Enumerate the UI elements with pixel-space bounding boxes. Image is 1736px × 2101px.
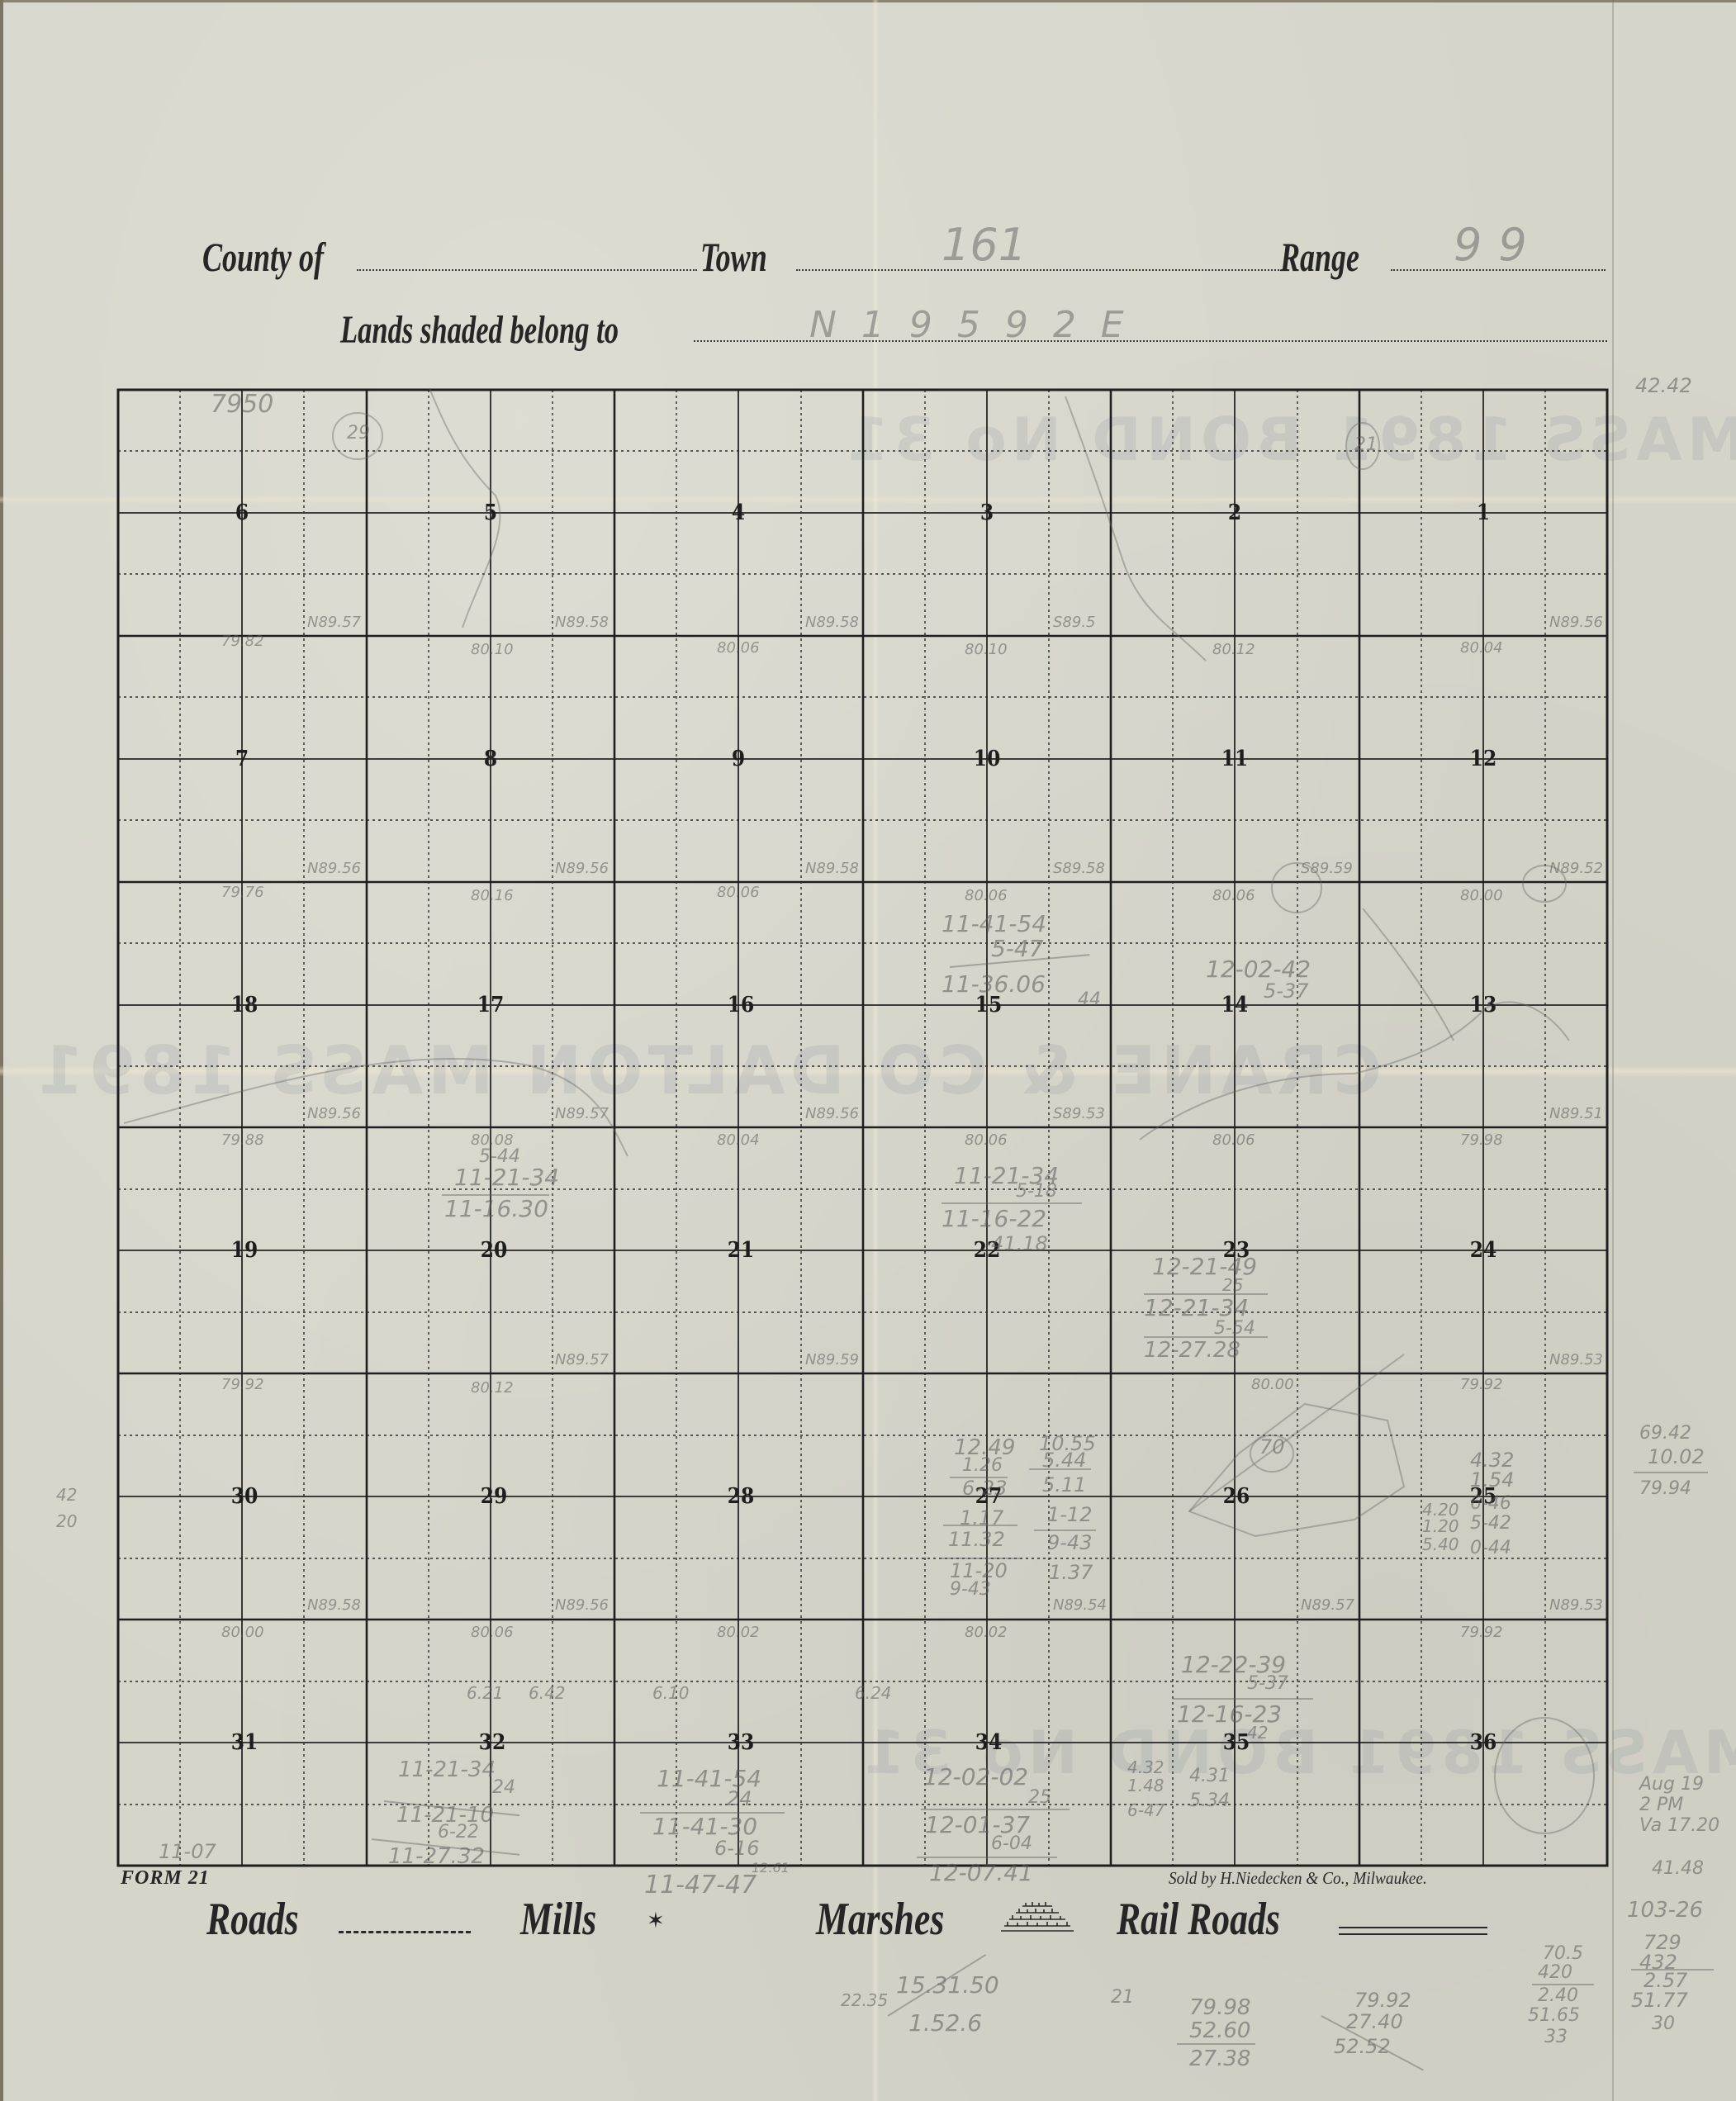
note-sec35: 4.32 [1127, 1759, 1164, 1776]
note-bottom-calc: 27.38 [1189, 2048, 1250, 2070]
note-distance: 80.06 [1212, 889, 1255, 903]
note-right-margin: 2 PM [1639, 1796, 1683, 1814]
section-number: 17 [477, 994, 505, 1016]
note-sec6-top: 7950 [211, 392, 273, 417]
note-bottom-calc: 51.65 [1528, 2007, 1580, 2025]
section-number: 14 [1221, 994, 1249, 1016]
note-distance: 79.82 [221, 634, 264, 649]
note-distance: 80.00 [1251, 1378, 1294, 1392]
pencil-sum-line [1029, 1468, 1091, 1470]
note-sec23: 25 [1222, 1277, 1243, 1293]
note-distance: 79.92 [1460, 1378, 1503, 1392]
section-number: 18 [231, 994, 259, 1016]
note-sec27: 5.11 [1042, 1475, 1086, 1495]
note-sec34: 6-04 [991, 1835, 1032, 1853]
note-sec14: 5-37 [1264, 981, 1308, 1001]
note-distance: 80.06 [1212, 1133, 1255, 1148]
note-bottom-calc: 27.40 [1346, 2012, 1403, 2032]
star-icon: ✶ [647, 1910, 665, 1932]
note-distance: 79.92 [1460, 1625, 1503, 1640]
legend-roads-symbol [339, 1931, 471, 1933]
note-sec23: 12-27.28 [1144, 1340, 1240, 1361]
note-distance: 80.00 [1460, 889, 1503, 903]
note-distance: 80.16 [471, 889, 514, 903]
note-bearing: S89.5 [1053, 615, 1096, 630]
note-sec27: 11-20 [950, 1561, 1008, 1581]
note-distance: 80.02 [965, 1625, 1008, 1640]
note-bottom-calc: 420 [1538, 1964, 1572, 1982]
section-number: 33 [728, 1732, 755, 1753]
note-distance: 80.04 [1460, 641, 1503, 656]
note-sec26: 70 [1259, 1437, 1285, 1457]
note-sec25: 4.20 [1422, 1501, 1459, 1518]
section-number: 35 [1223, 1732, 1250, 1753]
note-sec15: 11-41-54 [942, 913, 1046, 936]
note-sec34: 12-07.41 [929, 1861, 1033, 1885]
note-bearing: N89.56 [555, 1598, 609, 1613]
note-sec27: 5.44 [1042, 1450, 1086, 1470]
note-sec35: 42 [1247, 1724, 1268, 1741]
note-right-margin: 103-26 [1627, 1899, 1703, 1921]
note-left-margin: 20 [56, 1513, 77, 1530]
section-number: 16 [728, 994, 755, 1016]
note-sec27: 11.32 [948, 1530, 1005, 1549]
note-bearing: N89.56 [307, 861, 361, 876]
note-bearing: N89.58 [555, 615, 609, 630]
note-right-margin: 41.48 [1652, 1860, 1704, 1878]
note-bearing: N89.56 [1549, 615, 1603, 630]
note-sec32: 11-21-34 [398, 1759, 496, 1781]
note-right-margin: 729 [1644, 1933, 1681, 1952]
note-bearing: N89.53 [1549, 1353, 1603, 1368]
note-sec22: 41.18 [991, 1234, 1048, 1254]
note-sec32: 6-22 [438, 1824, 479, 1842]
note-sec33: 6.24 [855, 1685, 892, 1701]
note-bearing: N89.57 [307, 615, 361, 630]
legend-railroads-symbol [1339, 1927, 1487, 1935]
form-number: FORM 21 [121, 1867, 210, 1890]
note-distance: 80.06 [965, 1133, 1008, 1148]
section-number: 10 [974, 748, 1001, 770]
note-bottom-calc: 70.5 [1543, 1945, 1583, 1963]
note-bearing: N89.56 [307, 1107, 361, 1122]
note-sec27: 1.37 [1049, 1563, 1093, 1582]
pencil-sum-line [1177, 2043, 1255, 2045]
note-bottom-calc: 52.52 [1334, 2037, 1391, 2056]
note-below-grid: 11-47-47 [644, 1873, 757, 1898]
pencil-sum-line [1634, 1472, 1708, 1473]
note-right-margin: Aug 19 [1639, 1776, 1704, 1794]
note-sec25: 6-46 [1470, 1495, 1511, 1513]
note-sec22: 11-16-22 [942, 1207, 1046, 1231]
section-number: 26 [1223, 1486, 1250, 1507]
note-right-margin-top: 42.42 [1635, 376, 1692, 396]
note-bearing: N89.53 [1549, 1598, 1603, 1613]
note-sec27: 9-43 [1047, 1533, 1092, 1553]
note-bottom-calc: 79.98 [1189, 1997, 1250, 2018]
section-number: 19 [231, 1240, 259, 1261]
note-bearing: N89.59 [805, 1353, 859, 1368]
note-distance: 80.10 [965, 643, 1008, 657]
note-distance: 79.88 [221, 1133, 264, 1148]
publisher-imprint: Sold by H.Niedecken & Co., Milwaukee. [1169, 1868, 1427, 1889]
note-sec15: 11-36.06 [942, 973, 1046, 996]
note-distance: 80.12 [471, 1381, 514, 1396]
note-bearing: N89.57 [555, 1107, 609, 1122]
note-right-margin: 30 [1652, 2015, 1675, 2033]
legend-marshes-label: Marshes [816, 1896, 944, 1942]
note-right-margin: 69.42 [1639, 1425, 1691, 1443]
note-sec25: 5-42 [1470, 1515, 1511, 1533]
legend-roads-label: Roads [206, 1896, 299, 1942]
township-grid [0, 0, 1736, 2101]
note-bottom-calc: 21 [1111, 1989, 1134, 2007]
note-distance: 80.12 [1212, 643, 1255, 657]
note-sec20: 11-21-34 [454, 1166, 559, 1189]
note-sec34: 25 [1028, 1789, 1051, 1807]
legend-mills-label: Mills [520, 1896, 596, 1942]
section-number: 13 [1470, 994, 1497, 1016]
note-sec33: 6-16 [714, 1838, 759, 1858]
note-sec32: 11-27.32 [388, 1846, 485, 1867]
section-number: 34 [975, 1732, 1003, 1753]
note-sec1-circle: 21 [1354, 436, 1378, 454]
note-bearing: N89.57 [555, 1353, 609, 1368]
note-right-margin: Va 17.20 [1639, 1817, 1719, 1835]
note-distance: 80.02 [717, 1625, 760, 1640]
section-number: 29 [481, 1486, 508, 1507]
marsh-icon [998, 1899, 1077, 1933]
note-sec25: 0-44 [1470, 1539, 1511, 1558]
note-sec34: 12-02-02 [923, 1766, 1028, 1789]
note-sec35: 4.31 [1189, 1767, 1230, 1786]
note-bearing: N89.57 [1301, 1598, 1354, 1613]
note-sec32: 24 [492, 1779, 515, 1797]
section-number: 5 [484, 502, 497, 524]
note-below-grid: 12.61 [752, 1861, 790, 1875]
note-bearing: N89.58 [307, 1598, 361, 1613]
pencil-sum-line [921, 1809, 1070, 1810]
note-bottom-calc: 79.92 [1354, 1990, 1411, 2010]
note-sec25: 1.54 [1470, 1470, 1514, 1490]
note-distance: 79.76 [221, 885, 264, 900]
note-sec25: 1.20 [1422, 1518, 1459, 1534]
pencil-sum-line [943, 1525, 1017, 1526]
section-number: 32 [479, 1732, 506, 1753]
section-number: 30 [231, 1486, 259, 1507]
note-sec20: 11-16.30 [444, 1198, 548, 1221]
note-sec23: 12-21-34 [1144, 1297, 1249, 1320]
note-sec22: 5-18 [1016, 1183, 1057, 1201]
note-sec33: 24 [727, 1789, 752, 1809]
note-sec23: 5-54 [1214, 1320, 1255, 1338]
note-left-margin-bottom: 11-07 [159, 1842, 216, 1861]
section-number: 2 [1228, 502, 1241, 524]
note-bearing: S89.53 [1053, 1107, 1105, 1122]
note-bearing: S89.59 [1301, 861, 1353, 876]
section-number: 3 [980, 502, 994, 524]
note-bottom-calc: 2.40 [1538, 1987, 1578, 2005]
note-bottom-calc: 1.52.6 [908, 2012, 982, 2035]
note-distance: 80.04 [717, 1133, 760, 1148]
note-bearing: N89.58 [805, 861, 859, 876]
note-sec25: 5.40 [1422, 1536, 1459, 1553]
note-distance: 80.10 [471, 643, 514, 657]
note-sec27: 1-12 [1047, 1505, 1092, 1525]
section-number: 36 [1470, 1732, 1497, 1753]
section-number: 4 [732, 502, 745, 524]
note-sec35: 6-47 [1127, 1802, 1164, 1819]
section-number: 8 [484, 748, 497, 770]
section-number: 12 [1470, 748, 1497, 770]
section-number: 1 [1477, 502, 1490, 524]
note-sec33: 11-41-30 [652, 1815, 757, 1838]
note-distance: 80.06 [717, 641, 760, 656]
note-bearing: N89.54 [1053, 1598, 1107, 1613]
note-sec35: 1.48 [1127, 1777, 1164, 1794]
note-sec14: 12-02-42 [1206, 958, 1311, 981]
section-number: 28 [728, 1486, 755, 1507]
note-bearing: N89.51 [1549, 1107, 1603, 1122]
note-right-margin: 2.57 [1644, 1971, 1687, 1990]
note-sec5-circle: 29 [347, 424, 370, 443]
section-number: 21 [728, 1240, 755, 1261]
note-bottom-calc: 33 [1544, 2028, 1568, 2046]
note-bottom-calc: 52.60 [1189, 2020, 1250, 2042]
note-sec27: 9-43 [950, 1581, 991, 1599]
note-right-margin: 79.94 [1639, 1480, 1691, 1498]
note-distance: 80.00 [221, 1625, 264, 1640]
note-sec15: 5-47 [991, 937, 1044, 960]
note-sec27: 1.26 [962, 1457, 1003, 1475]
section-number: 24 [1470, 1240, 1497, 1261]
note-sec32: 6.42 [529, 1685, 566, 1701]
note-bearing: N89.52 [1549, 861, 1603, 876]
note-bearing: S89.58 [1053, 861, 1105, 876]
legend-railroads-label: Rail Roads [1117, 1896, 1280, 1942]
section-number: 7 [235, 748, 249, 770]
note-right-margin: 51.77 [1631, 1990, 1688, 2010]
note-distance: 80.06 [965, 889, 1008, 903]
note-sec33: 6.10 [652, 1685, 690, 1701]
note-sec32: 6.21 [467, 1685, 504, 1701]
pencil-sum-line [1173, 1698, 1313, 1700]
note-distance: 79.98 [1460, 1133, 1503, 1148]
note-sec35: 5-37 [1247, 1675, 1288, 1693]
note-right-margin: 10.02 [1648, 1447, 1705, 1467]
note-distance: 79.92 [221, 1378, 264, 1392]
note-sec35: 5.34 [1189, 1792, 1230, 1810]
section-number: 6 [235, 502, 249, 524]
pencil-sum-line [917, 1857, 1057, 1858]
note-left-margin: 42 [56, 1487, 77, 1503]
note-sec25: 4.32 [1470, 1450, 1514, 1470]
note-sec27: 6-23 [962, 1478, 1007, 1498]
note-sec15: 44 [1078, 991, 1101, 1009]
note-bearing: N89.56 [805, 1107, 859, 1122]
section-number: 9 [732, 748, 745, 770]
section-number: 11 [1221, 748, 1249, 770]
note-bearing: N89.58 [805, 615, 859, 630]
note-bottom-calc: 22.35 [841, 1992, 888, 2009]
pencil-sum-line [942, 1202, 1082, 1204]
section-number: 20 [481, 1240, 508, 1261]
note-distance: 80.06 [471, 1625, 514, 1640]
note-bearing: N89.56 [555, 861, 609, 876]
note-distance: 80.06 [717, 885, 760, 900]
section-number: 31 [231, 1732, 259, 1753]
